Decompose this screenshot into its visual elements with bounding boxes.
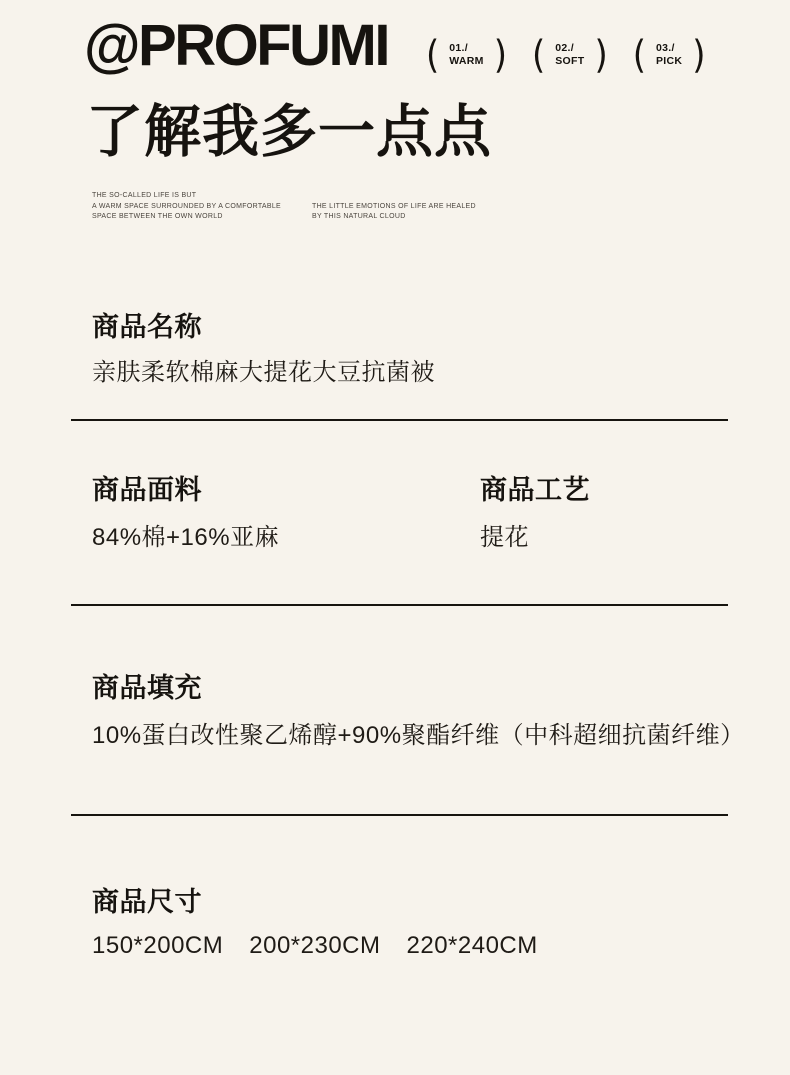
filling-value: 10%蛋白改性聚乙烯醇+90%聚酯纤维（中科超细抗菌纤维） <box>92 722 745 751</box>
brand-logo: @PROFUMI <box>84 17 388 75</box>
divider <box>71 814 728 816</box>
badge-number: 03./ <box>656 42 682 55</box>
paren-open-icon: ( <box>633 36 646 74</box>
badge-warm-text: 01./ WARM <box>449 42 483 67</box>
badge-pick-text: 03./ PICK <box>656 42 682 67</box>
size-option: 150*200CM <box>92 932 223 961</box>
intro-left-column: THE SO-CALLED LIFE IS BUT A WARM SPACE S… <box>92 191 312 223</box>
badge-pick: ( 03./ PICK ) <box>633 35 706 75</box>
paren-open-icon: ( <box>426 36 439 74</box>
size-option: 220*240CM <box>407 932 538 961</box>
badge-number: 01./ <box>449 42 483 55</box>
divider <box>71 419 728 421</box>
section-heading-size: 商品尺寸 <box>92 887 202 918</box>
badge-soft: ( 02./ SOFT ) <box>532 35 608 75</box>
section-heading-craft: 商品工艺 <box>480 475 590 506</box>
paren-close-icon: ) <box>494 36 507 74</box>
size-option: 200*230CM <box>249 932 380 961</box>
header-badges: ( 01./ WARM ) ( 02./ SOFT ) ( 03./ PICK … <box>426 35 706 75</box>
paren-close-icon: ) <box>692 36 705 74</box>
badge-label: SOFT <box>555 55 584 68</box>
product-name-value: 亲肤柔软棉麻大提花大豆抗菌被 <box>92 359 435 388</box>
paren-close-icon: ) <box>594 36 607 74</box>
section-heading-filling: 商品填充 <box>92 673 202 704</box>
badge-label: WARM <box>449 55 483 68</box>
section-heading-fabric: 商品面料 <box>92 475 202 506</box>
size-values: 150*200CM 200*230CM 220*240CM <box>92 932 538 961</box>
divider <box>71 604 728 606</box>
page-title: 了解我多一点点 <box>86 101 492 164</box>
fabric-value: 84%棉+16%亚麻 <box>92 524 279 553</box>
craft-value: 提花 <box>480 524 529 553</box>
badge-warm: ( 01./ WARM ) <box>426 35 507 75</box>
badge-number: 02./ <box>555 42 584 55</box>
intro-text: THE SO-CALLED LIFE IS BUT A WARM SPACE S… <box>92 191 476 223</box>
badge-soft-text: 02./ SOFT <box>555 42 584 67</box>
paren-open-icon: ( <box>532 36 545 74</box>
product-detail-page: @PROFUMI ( 01./ WARM ) ( 02./ SOFT ) ( 0… <box>0 0 790 1075</box>
section-heading-product-name: 商品名称 <box>92 312 202 343</box>
intro-right-column: THE LITTLE EMOTIONS OF LIFE ARE HEALED B… <box>312 202 476 223</box>
badge-label: PICK <box>656 55 682 68</box>
